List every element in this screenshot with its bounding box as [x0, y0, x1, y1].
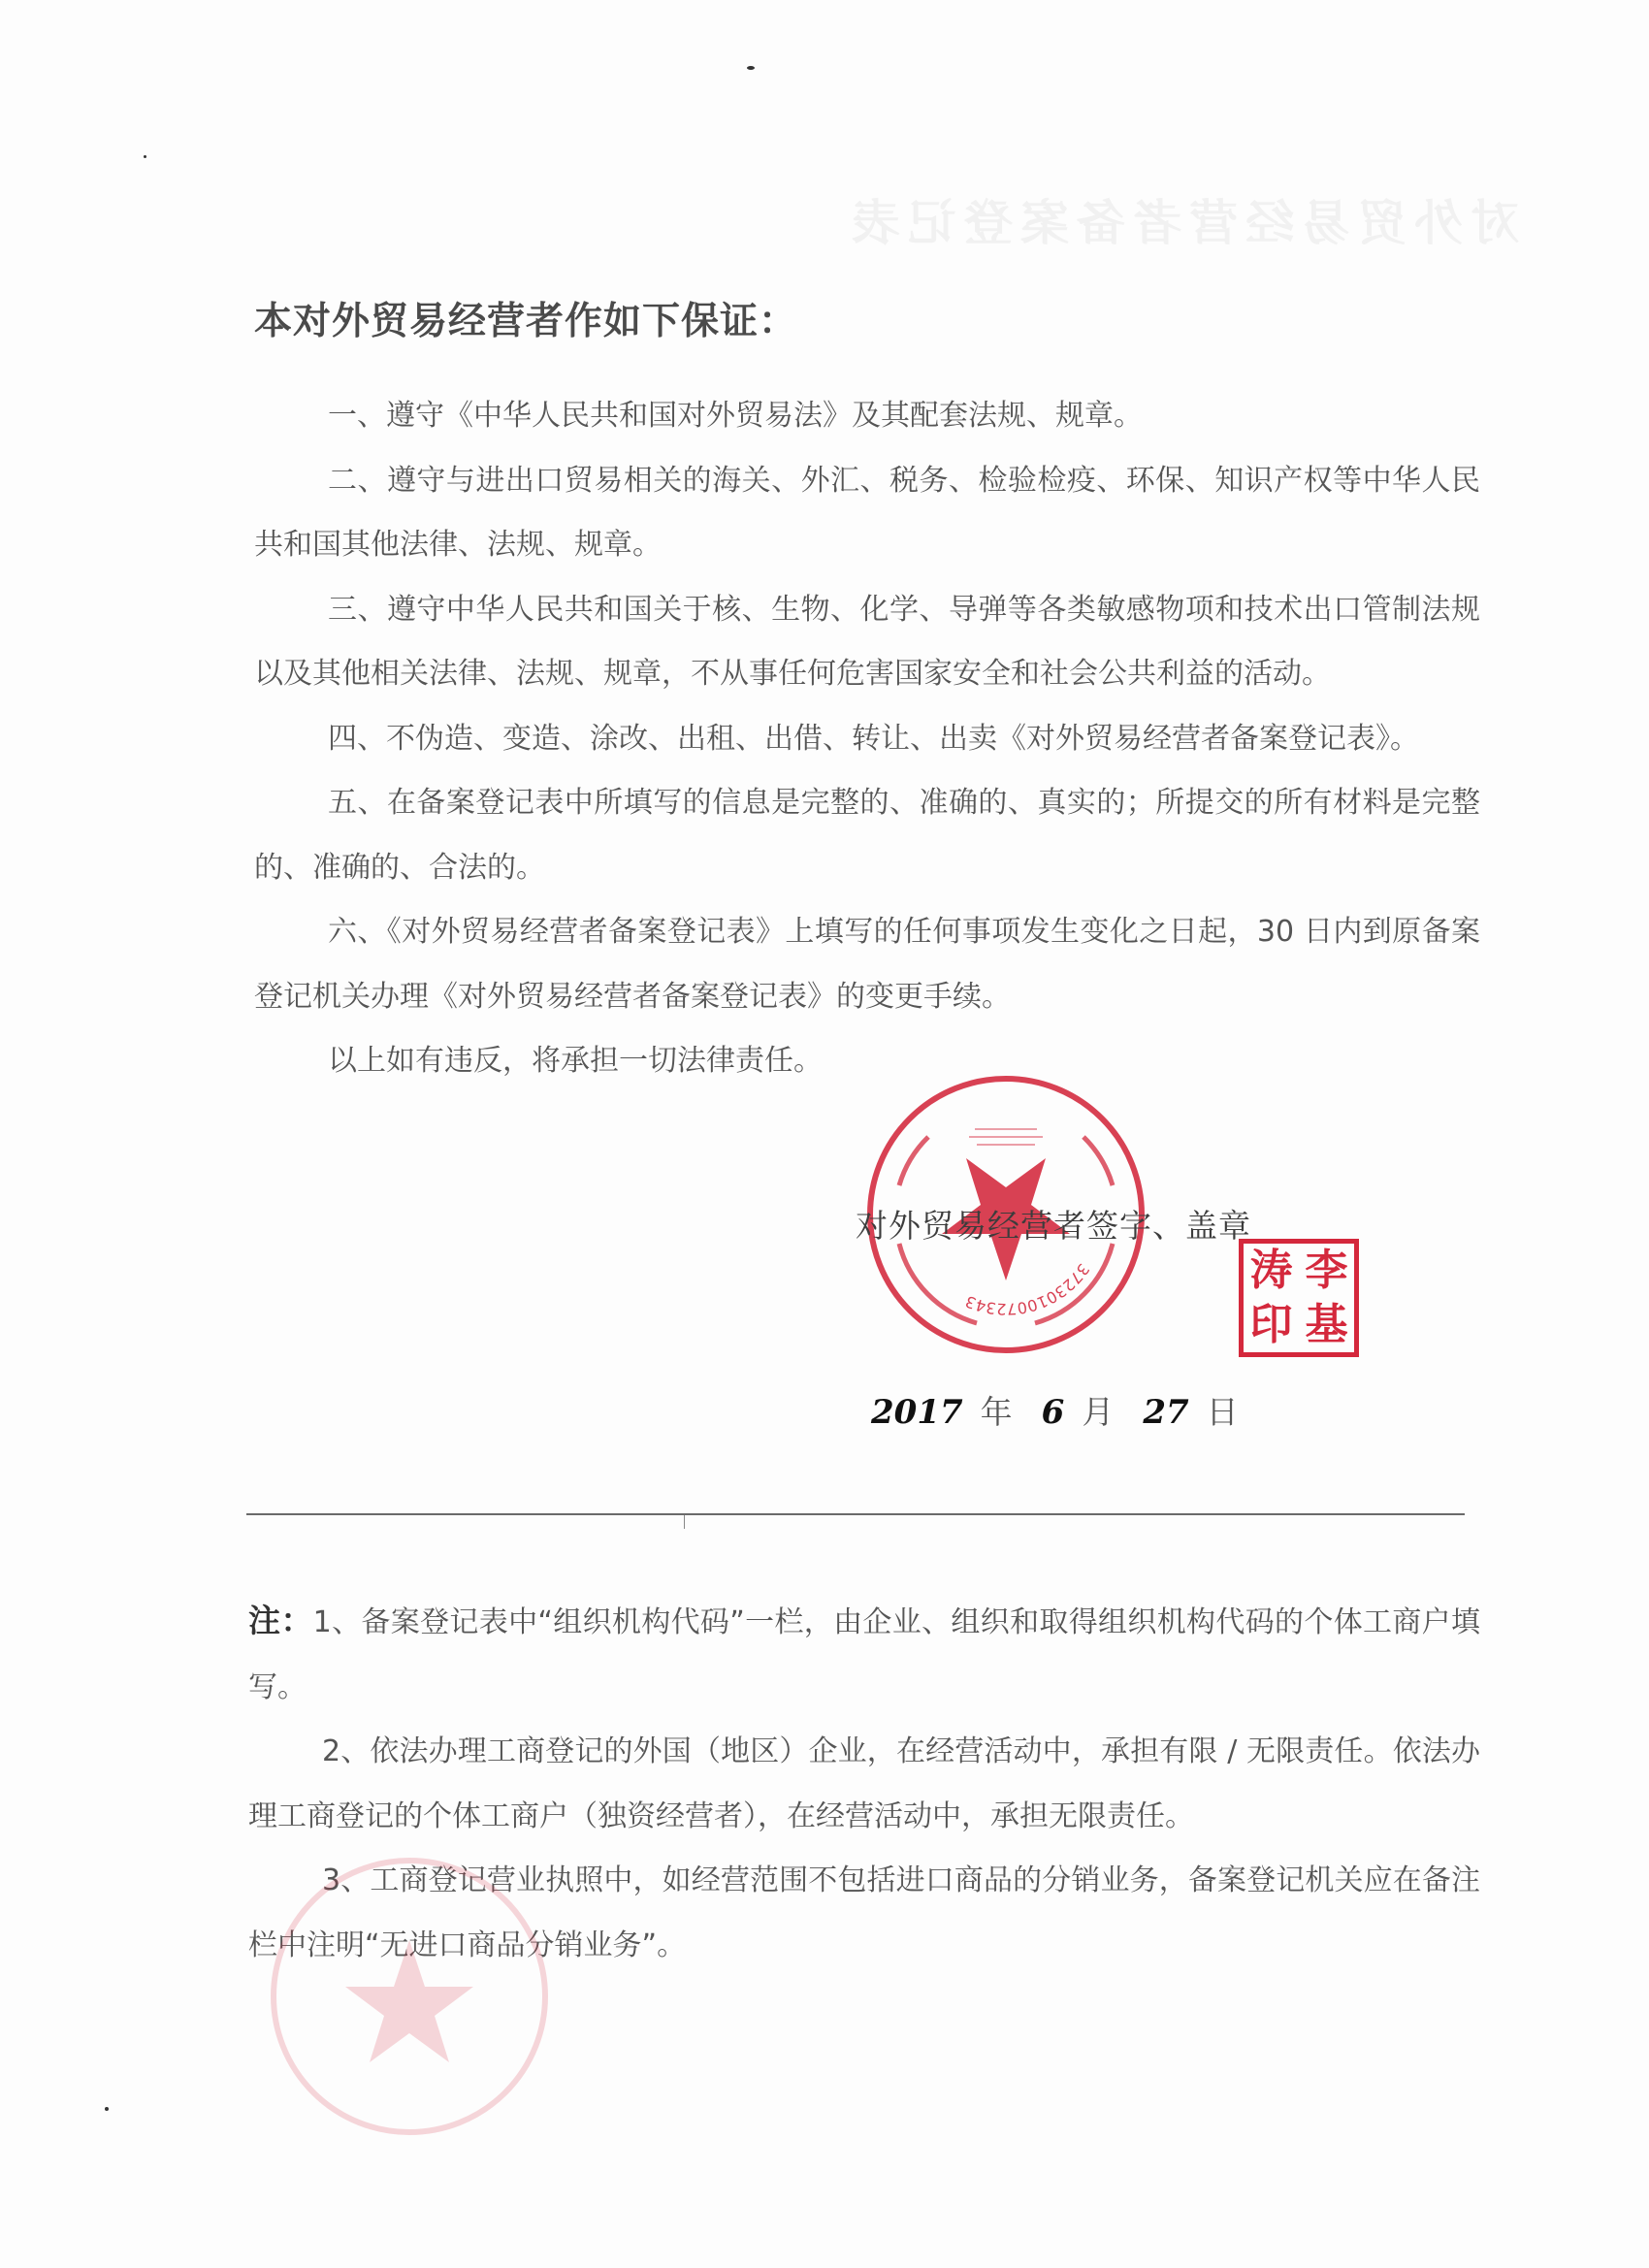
- date-day: 27: [1143, 1393, 1188, 1432]
- seal-char: 涛: [1244, 1249, 1299, 1292]
- note-item-2: 2、依法办理工商登记的外国（地区）企业，在经营活动中，承担有限 / 无限责任。依…: [248, 1720, 1480, 1849]
- section-divider: [246, 1513, 1465, 1515]
- seal-char: 印: [1244, 1304, 1299, 1346]
- date-day-unit: 日: [1207, 1393, 1239, 1431]
- date-month-unit: 月: [1082, 1393, 1114, 1431]
- divider-mark: [684, 1515, 685, 1529]
- faint-stamp-icon: [264, 1851, 555, 2142]
- pledge-item-4: 四、不伪造、变造、涂改、出租、出借、转让、出卖《对外贸易经营者备案登记表》。: [254, 707, 1480, 772]
- document-page: 对外贸易经营者备案登记表 本对外贸易经营者作如下保证： 一、遵守《中华人民共和国…: [0, 0, 1649, 2268]
- scan-speck: [747, 66, 755, 70]
- pledge-item-6: 六、《对外贸易经营者备案登记表》上填写的任何事项发生变化之日起，30 日内到原备…: [254, 900, 1480, 1029]
- scan-speck: [105, 2107, 109, 2111]
- pledge-list: 一、遵守《中华人民共和国对外贸易法》及其配套法规、规章。 二、遵守与进出口贸易相…: [254, 384, 1480, 1094]
- date-month: 6: [1042, 1393, 1065, 1432]
- date-year: 2017: [871, 1393, 963, 1432]
- note-item-1: 注：1、备案登记表中“组织机构代码”一栏，由企业、组织和取得组织机构代码的个体工…: [248, 1589, 1480, 1720]
- scan-speck: [144, 155, 146, 158]
- pledge-item-5: 五、在备案登记表中所填写的信息是完整的、准确的、真实的；所提交的所有材料是完整的…: [254, 771, 1480, 900]
- notes-label: 注：: [248, 1602, 313, 1639]
- personal-seal: 涛 李 印 基: [1239, 1239, 1359, 1357]
- signing-date: 2017年6月27日: [871, 1387, 1268, 1433]
- signature-label: 对外贸易经营者签字、盖章: [856, 1201, 1251, 1247]
- seal-char: 基: [1299, 1304, 1354, 1346]
- date-year-unit: 年: [981, 1393, 1013, 1431]
- pledge-item-1: 一、遵守《中华人民共和国对外贸易法》及其配套法规、规章。: [254, 384, 1480, 449]
- pledge-item-2: 二、遵守与进出口贸易相关的海关、外汇、税务、检验检疫、环保、知识产权等中华人民共…: [254, 449, 1480, 578]
- pledge-heading: 本对外贸易经营者作如下保证：: [254, 291, 797, 345]
- show-through-title: 对外贸易经营者备案登记表: [844, 184, 1519, 254]
- pledge-item-3: 三、遵守中华人民共和国关于核、生物、化学、导弹等各类敏感物项和技术出口管制法规以…: [254, 578, 1480, 707]
- seal-char: 李: [1299, 1249, 1354, 1292]
- svg-text:3723010072343: 3723010072343: [962, 1260, 1093, 1318]
